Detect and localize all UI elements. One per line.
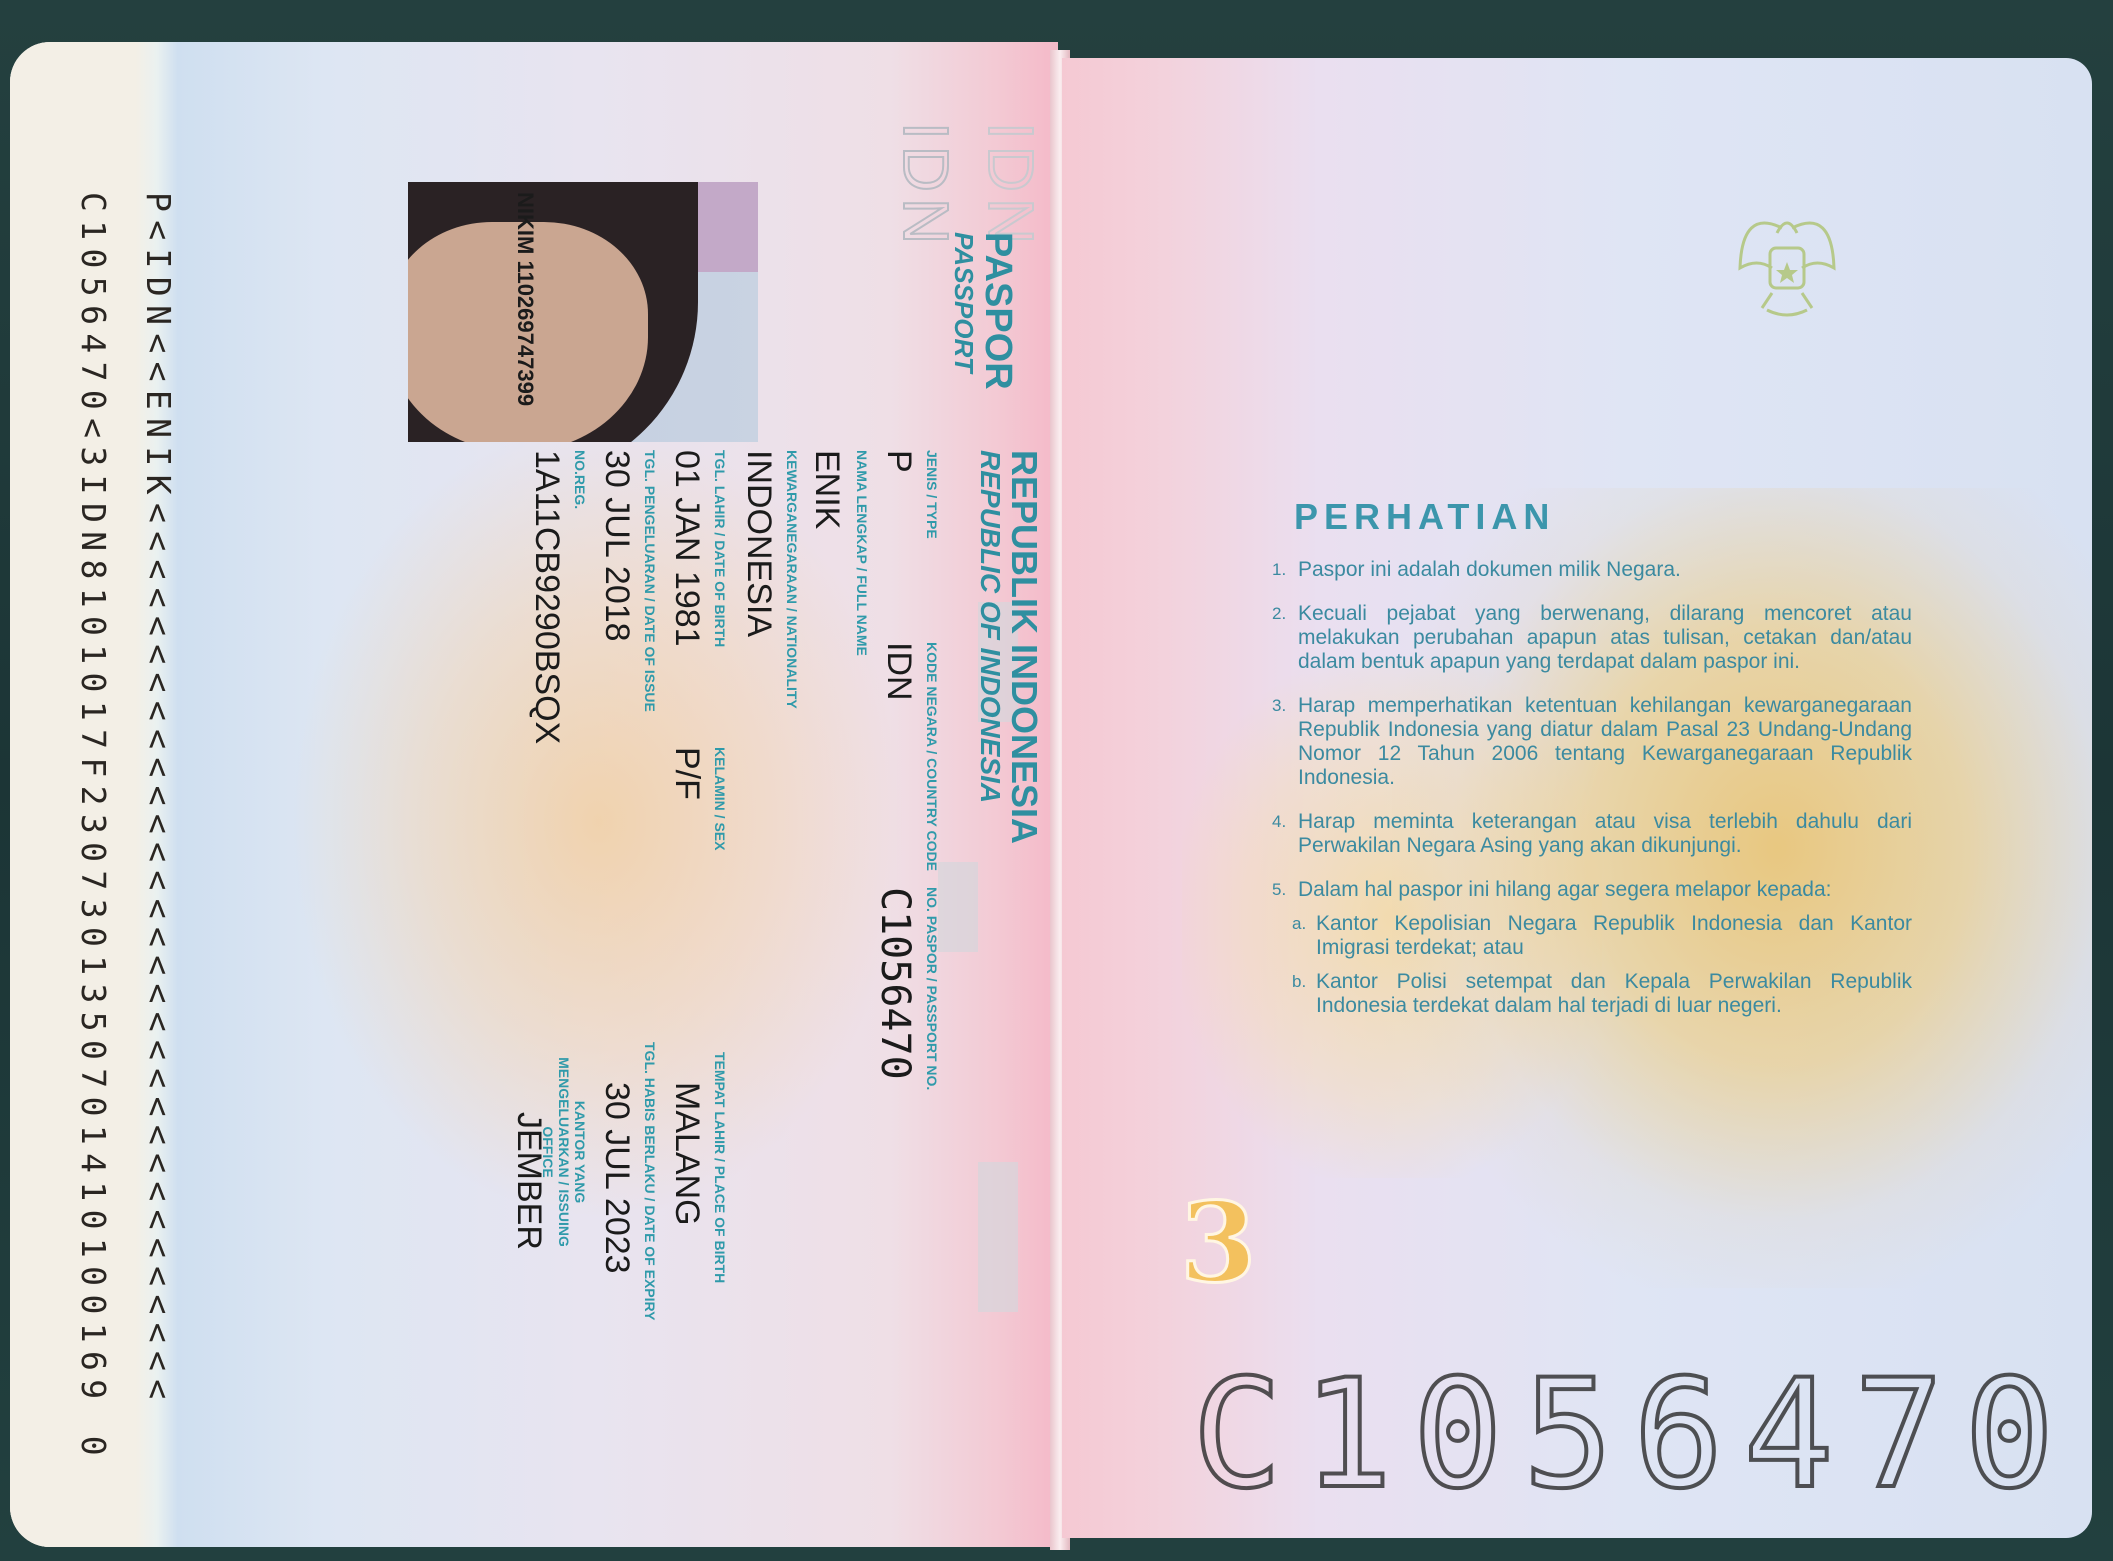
biodata-page: IDN IDN PASPOR PASSPORT REPUBLIK INDONES… bbox=[10, 42, 1058, 1547]
doi-label: TGL. PENGELUARAN / DATE OF ISSUE bbox=[642, 450, 658, 712]
nationality-value: INDONESIA bbox=[739, 450, 778, 637]
mrz-line-1: P<IDN<<ENIK<<<<<<<<<<<<<<<<<<<<<<<<<<<<<… bbox=[139, 192, 178, 1408]
sex-label: KELAMIN / SEX bbox=[712, 747, 728, 850]
holder-photo bbox=[408, 182, 758, 442]
notice-sub-item: b.Kantor Polisi setempat dan Kepala Perw… bbox=[1272, 970, 1912, 1018]
biodata-page-content: IDN IDN PASPOR PASSPORT REPUBLIK INDONES… bbox=[10, 42, 1058, 1547]
notice-item: 3.Harap memperhatikan ketentuan kehilang… bbox=[1272, 694, 1912, 790]
notice-page: PERHATIAN 1.Paspor ini adalah dokumen mi… bbox=[1062, 58, 2092, 1538]
reg-no-value: 1A11CB9290BSQX bbox=[527, 450, 566, 744]
notice-list: 1.Paspor ini adalah dokumen milik Negara… bbox=[1272, 558, 1912, 1028]
country-code-label: KODE NEGARA / COUNTRY CODE bbox=[924, 642, 940, 871]
pob-value: MALANG bbox=[667, 1082, 706, 1226]
mrz-line-2: C1056470<3IDN8101017F2307301350701410100… bbox=[74, 192, 113, 1464]
perforated-passport-number: C1056470 bbox=[1192, 1348, 2074, 1522]
country-name-en: REPUBLIC OF INDONESIA bbox=[975, 450, 1005, 844]
type-value: P bbox=[879, 450, 918, 473]
doi-value: 30 JUL 2018 bbox=[597, 450, 636, 642]
doe-value: 30 JUL 2023 bbox=[597, 1082, 636, 1274]
idn-ghost-text: IDN bbox=[889, 122, 963, 250]
garuda-emblem-icon bbox=[1722, 198, 1852, 328]
notice-item: 5.Dalam hal paspor ini hilang agar seger… bbox=[1272, 878, 1912, 902]
issuing-office-value: JEMBER bbox=[509, 1112, 548, 1250]
notice-sub-item: a.Kantor Kepolisian Negara Republik Indo… bbox=[1272, 912, 1912, 960]
passport-no-label: NO. PASPOR / PASSPORT NO. bbox=[924, 887, 940, 1090]
reg-no-label: NO.REG. bbox=[572, 450, 588, 509]
dob-label: TGL. LAHIR / DATE OF BIRTH bbox=[712, 450, 728, 647]
full-name-label: NAMA LENGKAP / FULL NAME bbox=[854, 450, 870, 656]
nationality-label: KEWARGANEGARAAN / NATIONALITY bbox=[784, 450, 800, 709]
page-number: 3 bbox=[1180, 1178, 1257, 1307]
notice-title: PERHATIAN bbox=[1294, 496, 1555, 538]
type-label: JENIS / TYPE bbox=[924, 450, 940, 539]
security-pattern bbox=[938, 862, 978, 952]
pob-label: TEMPAT LAHIR / PLACE OF BIRTH bbox=[712, 1052, 728, 1283]
country-title: REPUBLIK INDONESIA REPUBLIC OF INDONESIA bbox=[975, 450, 1043, 844]
notice-item: 4.Harap meminta keterangan atau visa ter… bbox=[1272, 810, 1912, 858]
idn-ghost-text: IDN bbox=[974, 122, 1048, 250]
doc-name-en: PASSPORT bbox=[950, 232, 978, 390]
security-pattern bbox=[978, 1162, 1018, 1312]
country-name: REPUBLIK INDONESIA bbox=[1005, 450, 1043, 844]
nikim-number: NIKIM 110269747399 bbox=[512, 192, 538, 406]
doc-name: PASPOR bbox=[978, 232, 1018, 390]
doc-name-block: PASPOR PASSPORT bbox=[950, 232, 1018, 390]
notice-item: 2.Kecuali pejabat yang berwenang, dilara… bbox=[1272, 602, 1912, 674]
country-code-value: IDN bbox=[879, 642, 918, 701]
dob-value: 01 JAN 1981 bbox=[667, 450, 706, 647]
sex-value: P/F bbox=[667, 747, 706, 800]
full-name-value: ENIK bbox=[807, 450, 846, 529]
doe-label: TGL. HABIS BERLAKU / DATE OF EXPIRY bbox=[642, 1042, 658, 1320]
passport-no-value: C1056470 bbox=[872, 887, 918, 1080]
notice-item: 1.Paspor ini adalah dokumen milik Negara… bbox=[1272, 558, 1912, 582]
